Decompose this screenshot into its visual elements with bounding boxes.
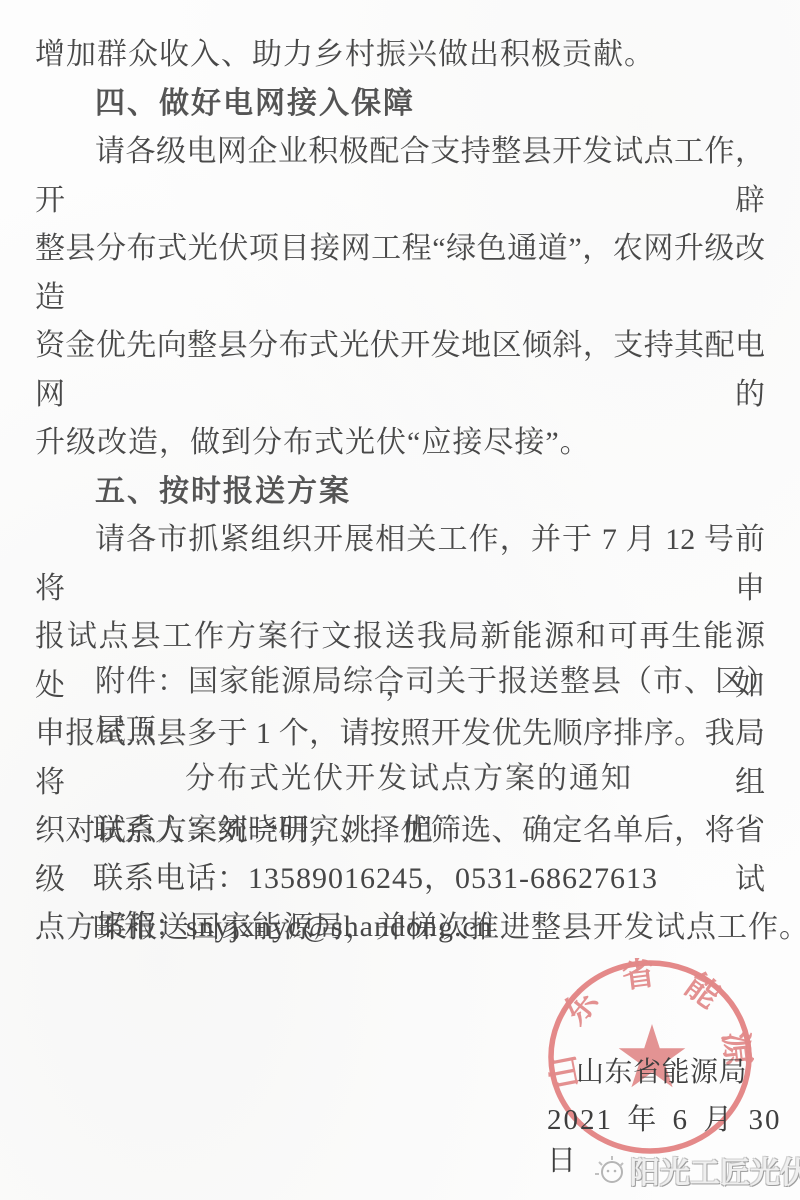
document-page: 增加群众收入、助力乡村振兴做出积极贡献。 四、做好电网接入保障 请各级电网企业积… (0, 0, 800, 1200)
watermark-text: 阳光工匠光伏网 (630, 1148, 800, 1192)
site-watermark: 阳光工匠光伏网 (590, 1148, 800, 1192)
contact-phone: 联系电话：13589016245，0531-68627613 (93, 855, 733, 903)
contact-email: 邮箱：snyjxnyc@shandong.cn (93, 903, 733, 951)
body-line: 资金优先向整县分布式光伏开发地区倾斜，支持其配电网的 (35, 322, 765, 419)
body-line: 请各级电网企业积极配合支持整县开发试点工作，开辟 (35, 128, 765, 225)
section-heading-4: 四、做好电网接入保障 (35, 80, 765, 129)
attachment-line: 分布式光伏开发试点方案的通知 (185, 755, 775, 804)
contact-block: 联系人：刘晓明，姚 旭 联系电话：13589016245，0531-686276… (93, 807, 733, 951)
attachment-block: 附件：国家能源局综合司关于报送整县（市、区）屋顶 分布式光伏开发试点方案的通知 (95, 658, 775, 804)
body-line: 整县分布式光伏项目接网工程“绿色通道”，农网升级改造 (35, 225, 765, 322)
attachment-line: 附件：国家能源局综合司关于报送整县（市、区）屋顶 (95, 658, 775, 755)
body-line: 请各市抓紧组织开展相关工作，并于 7 月 12 号前将申 (35, 516, 765, 613)
signature-org: 山东省能源局 (576, 1050, 747, 1090)
sun-logo-icon (590, 1150, 630, 1190)
section-heading-5: 五、按时报送方案 (35, 468, 765, 517)
contact-person: 联系人：刘晓明，姚 旭 (93, 807, 733, 855)
body-line: 增加群众收入、助力乡村振兴做出积极贡献。 (35, 31, 765, 80)
body-line: 升级改造，做到分布式光伏“应接尽接”。 (35, 419, 765, 468)
